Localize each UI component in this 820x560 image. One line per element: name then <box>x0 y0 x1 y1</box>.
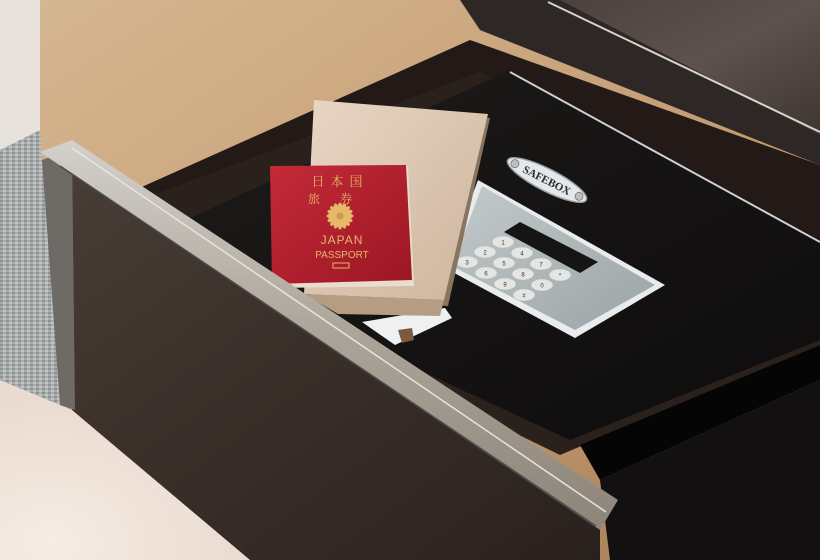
passport-title: PASSPORT <box>315 250 369 261</box>
keypad-key[interactable]: 8 <box>512 268 534 280</box>
keypad-key[interactable]: 6 <box>475 267 497 279</box>
chrysanthemum-icon <box>327 203 354 230</box>
keypad-key[interactable]: 0 <box>531 279 553 291</box>
keypad-key[interactable]: 9 <box>494 278 516 290</box>
passport: 日本国 旅券 JAPAN PASSPORT <box>270 165 414 288</box>
keypad-key[interactable]: 4 <box>511 247 533 259</box>
keypad-key[interactable]: 1 <box>492 236 514 248</box>
keypad-key[interactable]: 3 <box>456 256 478 268</box>
keypad-key[interactable]: 2 <box>474 246 496 258</box>
keypad-key[interactable]: * <box>549 269 571 281</box>
passport-japanese-title: 日本国 <box>311 174 368 189</box>
passport-country: JAPAN <box>321 233 364 247</box>
keypad-key[interactable]: 7 <box>530 258 552 270</box>
keypad-key[interactable]: # <box>513 289 535 301</box>
keypad-key[interactable]: 5 <box>493 257 515 269</box>
hotel-drawer-photo: 123456789*0# SAFEBOX 日本国 旅券 JAPAN PASSPO… <box>0 0 820 560</box>
scene-svg: 123456789*0# SAFEBOX 日本国 旅券 JAPAN PASSPO… <box>0 0 820 560</box>
